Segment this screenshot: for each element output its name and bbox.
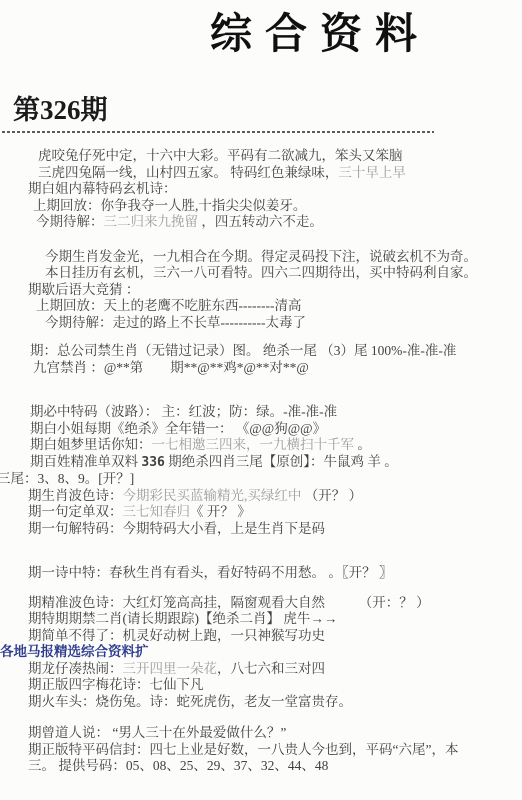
text-span: 三开四里一朵花: [123, 661, 218, 676]
text-span: 期生肖波色诗：: [28, 488, 123, 503]
text-span: 上期回放：天上的老鹰不吃脏东西--------清高: [36, 298, 301, 313]
text-line: 期精准波色诗：大红灯笼高高挂，隔窗观看大自然 （开：？ ）: [0, 595, 522, 612]
text-line: 期生肖波色诗：今期彩民买蓝输精光,买绿红中 （开？ ）: [0, 488, 522, 505]
text-span: 本日挂历有玄机，三六一八可看特。四六二四期待出，买中特码利自家。: [45, 265, 477, 280]
text-span: 今期彩民买蓝输精光,买绿红中: [123, 488, 302, 503]
text-span: 各地马报精选综合资料扩: [0, 644, 149, 659]
text-line: 期一句解特码：今期特码大小看，上是生肖下是码: [0, 521, 522, 538]
text-line: 九宫禁肖 ：@**第 期**@**鸡*@**对**@: [0, 360, 522, 377]
text-span: 三。 提供号码：05、08、25、29、37、32、44、48: [28, 758, 328, 773]
text-line: 期百姓精准单双料 336 期绝杀四肖三尾【原创】：牛鼠鸡 羊 。: [0, 454, 522, 472]
text-line: 期龙仔凑热闹：三开四里一朵花，八七六和三对四: [0, 661, 522, 678]
text-span: 期白姐梦里话你知：: [30, 437, 152, 452]
text-span: 期火车头：烧伤兔。诗：蛇死虎伤，老友一堂富贵存。: [28, 694, 352, 709]
text-span: 期一句解特码：今期特码大小看，上是生肖下是码: [28, 521, 325, 536]
text-line: 期白姐内幕特码玄机诗：: [0, 181, 522, 198]
text-line: 期特期期禁二肖(请长期跟踪)【绝杀二肖】 虎牛→→: [0, 611, 522, 628]
text-span: 期白姐内幕特码玄机诗：: [28, 181, 177, 196]
text-line: 上期回放：你争我夺一人胜,十指尖尖似姜牙。: [0, 198, 522, 215]
text-line: 期火车头：烧伤兔。诗：蛇死虎伤，老友一堂富贵存。: [0, 694, 522, 711]
text-span: 三二归来九挽留: [104, 214, 199, 229]
text-line: 期白姐梦里话你知：一七相邀三四来，一九横扫十千军 。: [0, 437, 522, 454]
text-span: 上期回放：你争我夺一人胜,十指尖尖似姜牙。: [33, 198, 306, 213]
text-span: 三十早上早: [338, 165, 406, 180]
text-span: 期正版四字梅花诗：七仙下凡: [28, 677, 204, 692]
text-line: 今期待解：走过的路上不长草----------太毒了: [0, 315, 522, 332]
page-title: 综合资料: [0, 0, 522, 60]
text-span: 期百姓精准单双料: [30, 454, 141, 469]
text-span: （开？ ）: [301, 488, 362, 503]
text-span: 虎咬兔仔死中定，十六中大彩。平码有二欲减九，笨头又笨脑: [38, 148, 403, 163]
text-span: 期曾道人说： “男人三十在外最爱做什么？”: [28, 725, 286, 740]
text-line: 上期回放：天上的老鹰不吃脏东西--------清高: [0, 298, 522, 315]
text-span: 今期待解：: [36, 214, 104, 229]
text-line: 期正版特平码信封：四七上业是好数，一八贵人今也到，平码“六尾”，本: [0, 742, 522, 759]
text-span: 期：总公司禁生肖（无错过记录）图。 绝杀一尾 （3）尾 100%-准-准-准: [30, 343, 456, 358]
text-span: 期一句定单双：: [28, 504, 123, 519]
text-span: 一七相邀三四来，一九横扫十千军: [152, 437, 355, 452]
text-span: 今期待解：走过的路上不长草----------太毒了: [45, 315, 306, 330]
text-line: 三。 提供号码：05、08、25、29、37、32、44、48: [0, 758, 522, 775]
text-span: 期精准波色诗：大红灯笼高高挂，隔窗观看大自然 （开：？ ）: [28, 595, 430, 610]
text-span: 期必中特码（波路）： 主：红波；防：绿。-准-准-准: [30, 404, 337, 419]
text-span: 三虎四兔隔一线，山村四五家。 特码红色兼绿味，: [38, 165, 338, 180]
text-span: 期一诗中特：春秋生肖有看头，看好特码不用愁。 。〖开？ 〗: [28, 565, 393, 580]
text-span: 期绝杀四肖三尾【原创】：牛鼠鸡 羊 。: [165, 454, 398, 469]
text-span: 期正版特平码信封：四七上业是好数，一八贵人今也到，平码“六尾”，本: [28, 742, 458, 757]
text-line: 本日挂历有玄机，三六一八可看特。四六二四期待出，买中特码利自家。: [0, 265, 522, 282]
text-line: 三尾：3、8、9。[开？]: [0, 471, 522, 488]
text-span: ，四五转动六不走。: [198, 214, 323, 229]
text-line: 期一诗中特：春秋生肖有看头，看好特码不用愁。 。〖开？ 〗: [0, 565, 522, 582]
text-line: 期白小姐每期《绝杀》全年错一： 《@@狗@@》: [0, 421, 522, 438]
text-line: 期简单不得了：机灵好动树上跑，一只神猴写功史: [0, 628, 522, 645]
issue-number: 第326期: [13, 96, 522, 126]
text-span: 期龙仔凑热闹：: [28, 661, 123, 676]
text-span: 期简单不得了：机灵好动树上跑，一只神猴写功史: [28, 628, 325, 643]
document-page: 综合资料 第326期 虎咬兔仔死中定，十六中大彩。平码有二欲减九，笨头又笨脑三虎…: [0, 0, 522, 800]
text-line: 今期生肖发金光，一九相合在今期。得定灵码投下注，说破玄机不为奇。: [0, 249, 522, 266]
text-line: 三虎四兔隔一线，山村四五家。 特码红色兼绿味，三十早上早: [0, 165, 522, 182]
text-span: 期特期期禁二肖(请长期跟踪)【绝杀二肖】 虎牛→→: [28, 611, 337, 626]
text-line: 期正版四字梅花诗：七仙下凡: [0, 677, 522, 694]
text-span: 336: [141, 455, 164, 470]
text-line: 各地马报精选综合资料扩: [0, 644, 522, 661]
text-span: 三尾：3、8、9。[开？]: [0, 471, 134, 486]
text-span: 期白小姐每期《绝杀》全年错一： 《@@狗@@》: [30, 421, 326, 436]
text-line: 期一句定单双：三七知春归《 开？ 》: [0, 504, 522, 521]
text-line: 虎咬兔仔死中定，十六中大彩。平码有二欲减九，笨头又笨脑: [0, 148, 522, 165]
text-span: 期歇后语大竞猜 ：: [28, 282, 139, 297]
text-line: 期曾道人说： “男人三十在外最爱做什么？”: [0, 725, 522, 742]
text-span: 三七知春归: [123, 504, 191, 519]
text-line: 期必中特码（波路）： 主：红波；防：绿。-准-准-准: [0, 404, 522, 421]
text-span: 。: [354, 437, 371, 452]
text-span: ，八七六和三对四: [217, 661, 325, 676]
text-span: 《 开？ 》: [190, 504, 251, 519]
text-line: 期歇后语大竞猜 ：: [0, 282, 522, 299]
content-lines: 虎咬兔仔死中定，十六中大彩。平码有二欲减九，笨头又笨脑三虎四兔隔一线，山村四五家…: [0, 148, 522, 775]
dashed-divider: [2, 131, 434, 133]
text-span: 今期生肖发金光，一九相合在今期。得定灵码投下注，说破玄机不为奇。: [45, 249, 477, 264]
text-line: 今期待解：三二归来九挽留 ，四五转动六不走。: [0, 214, 522, 231]
text-span: 九宫禁肖 ：@**第 期**@**鸡*@**对**@: [33, 360, 309, 375]
text-line: 期：总公司禁生肖（无错过记录）图。 绝杀一尾 （3）尾 100%-准-准-准: [0, 343, 522, 360]
